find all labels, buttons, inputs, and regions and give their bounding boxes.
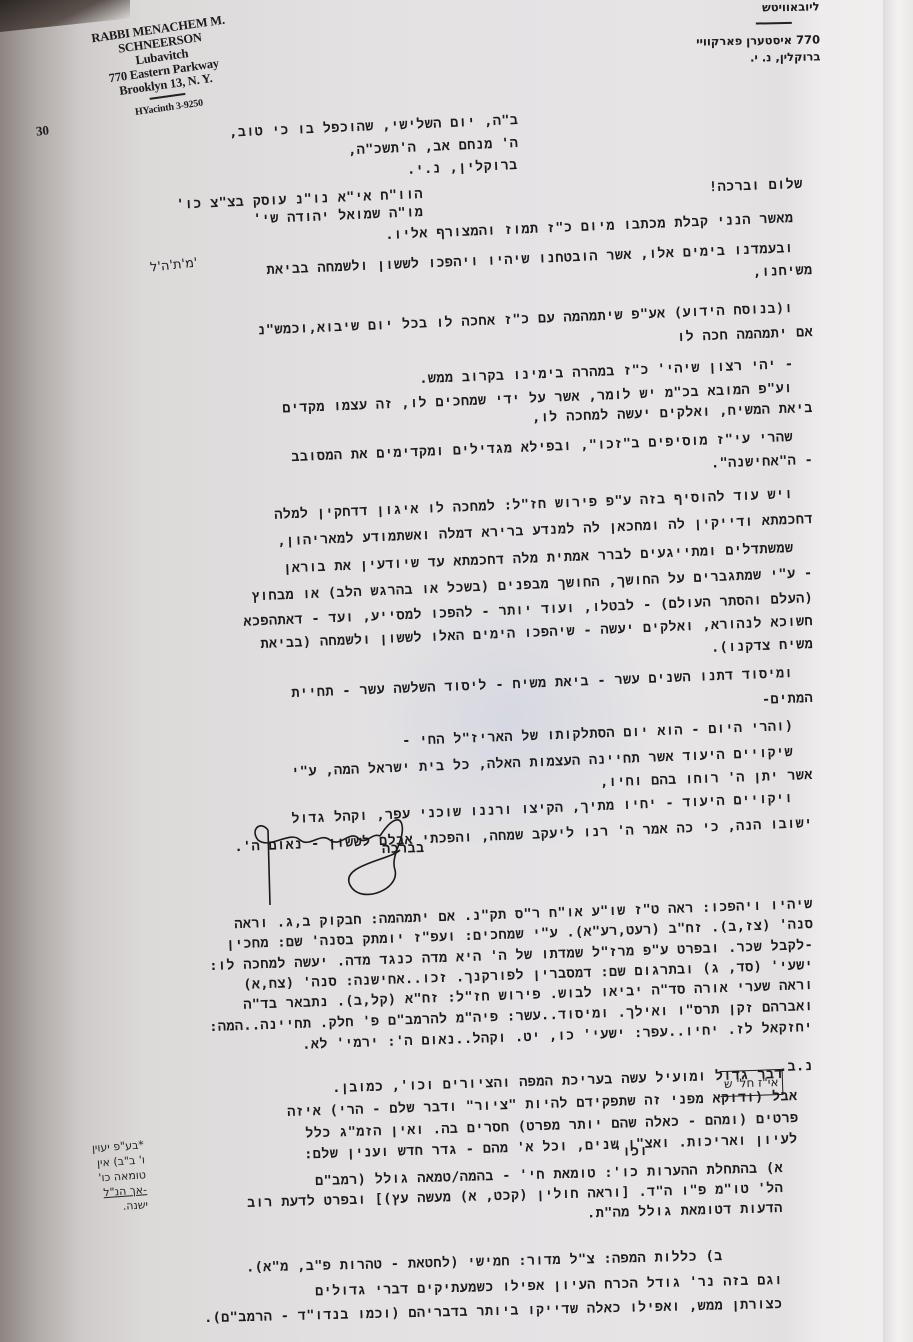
- postscript-label: נ.ב.: [779, 1058, 814, 1076]
- page-number: 30: [35, 122, 50, 139]
- item-a-insert: וכו': [614, 1143, 649, 1161]
- margin-handwritten-note: *בע"פ יעוין ו' ב"ב) אין טומאה כו' -אך הנ…: [63, 1137, 148, 1217]
- date-line: ברוקלין, נ.י.: [407, 157, 518, 179]
- date-line: ה' מנחם אב, ה'תשכ"ה,: [348, 135, 519, 159]
- body-line: אם יתמהמה חכה לו: [677, 324, 814, 346]
- body-line: משיח צדקנו).: [711, 636, 814, 657]
- body-line: משיחנו,: [753, 262, 813, 281]
- greeting: שלום וברכה!: [709, 176, 803, 196]
- body-line: המתים-: [762, 690, 814, 709]
- signature: [240, 810, 430, 910]
- handwritten-inline: מ'ת'ה'ל': [149, 256, 198, 276]
- body-line: ומיסוד דתנו השנים עשר - ביאת משיח - ליסו…: [291, 665, 793, 702]
- hebrew-letterhead: ליובאוויטש 770 איסטערן פארקוויי ברוקלין,…: [639, 0, 820, 69]
- item-a-line: הדעות דטומאת גולל מה"ת.: [587, 1200, 783, 1222]
- item-b-line: כצורתן ממש, ואפילו כאלה שדייקו ביותר בדב…: [204, 1296, 783, 1327]
- english-letterhead: RABBI MENACHEM M. SCHNEERSON Lubavitch 7…: [58, 8, 269, 129]
- body-line: אשר יתן ה' רוחו בהם וחיו,: [600, 767, 813, 791]
- item-b-line: ב) כללות המפה: צ"ל מדור: חמישי (לחטאת - …: [246, 1248, 723, 1277]
- body-line: - ה"אחישנה".: [711, 452, 814, 473]
- hebrew-letterhead-divider: [756, 22, 792, 25]
- body-line: ובעמדנו בימים אלו, אשר הובטחנו שיהיו ויה…: [266, 240, 794, 279]
- postscript-box-note: אי"ז חל' ש: [720, 1069, 784, 1097]
- letter-page: RABBI MENACHEM M. SCHNEERSON Lubavitch 7…: [0, 0, 913, 1342]
- hebrew-letterhead-org: ליובאוויטש: [639, 0, 819, 19]
- item-b-line: וגם בזה נר' גודל הכרח העיון אפילו כשמעתי…: [315, 1272, 783, 1300]
- hebrew-letterhead-city: ברוקלין, נ. י.: [640, 48, 820, 68]
- body-line: מאשר הנני קבלת מכתבו מיום כ"ז תמוז והמצו…: [385, 210, 794, 244]
- body-line: (והרי היום - הוא יום הסתלקותו של האריז"ל…: [402, 718, 794, 750]
